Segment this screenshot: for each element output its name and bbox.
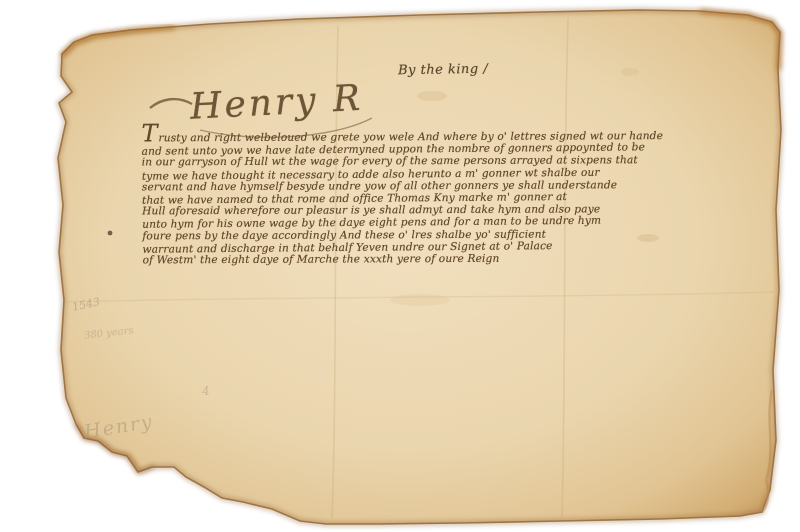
- letter-body: Trusty and right welbeloued we grete yow…: [141, 124, 762, 268]
- smudge-mid: [390, 294, 450, 306]
- stain-top-right: [621, 68, 639, 76]
- letter-line: Trusty and right welbeloued we grete yow…: [141, 126, 761, 145]
- letter-line: servant and have hymself besyde undre yo…: [142, 178, 762, 193]
- letter-line: foure pens by the daye accordingly And t…: [142, 227, 762, 242]
- ink-speck-left-edge: [108, 231, 113, 236]
- pencil-annotation-mark: 4: [201, 384, 211, 399]
- photograph-of-manuscript: By the king / Henry R Trusty and right w…: [0, 0, 800, 532]
